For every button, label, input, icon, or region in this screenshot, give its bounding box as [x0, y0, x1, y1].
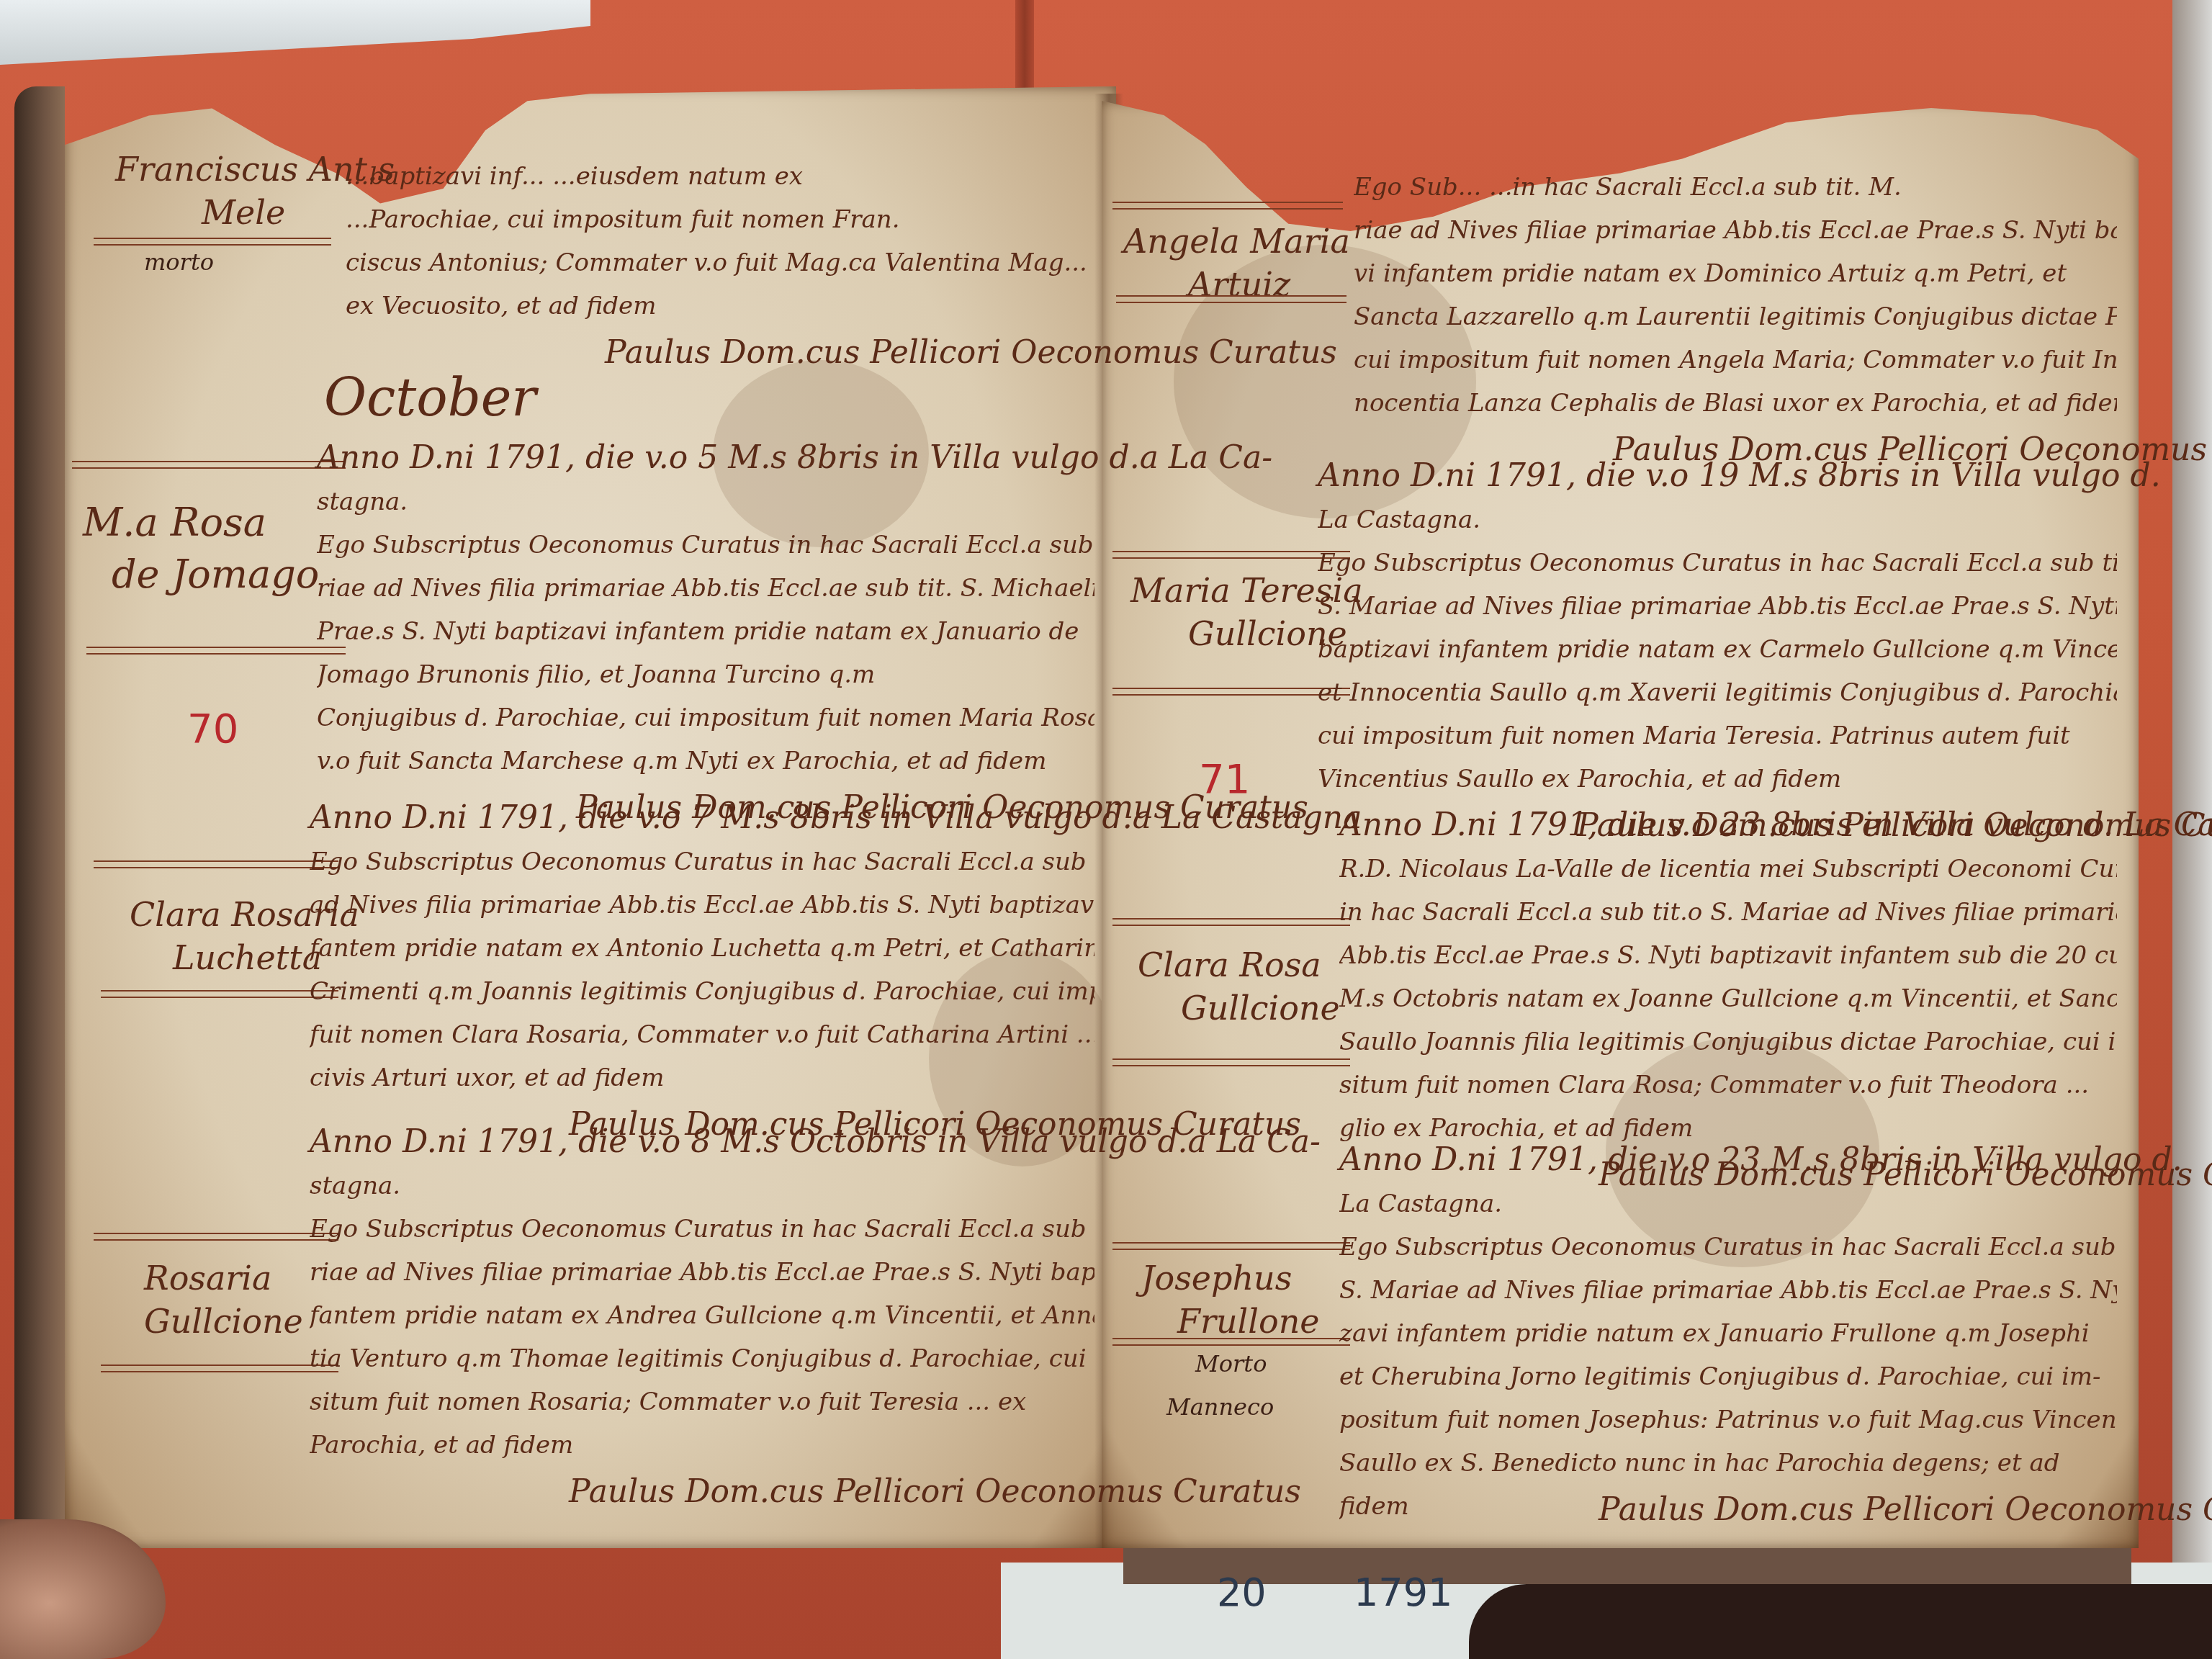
margin-name-line: Josephus [1141, 1256, 1320, 1300]
entry-line: fantem pridie natam ex Antonio Luchetta … [310, 927, 1094, 970]
margin-rule [72, 461, 346, 469]
margin-name-angela-maria: Angela Maria Artuiz [1123, 220, 1350, 306]
entry-line: vi infantem pridie natam ex Dominico Art… [1354, 252, 2117, 295]
entry-line: v.o fuit Sancta Marchese q.m Nyti ex Par… [317, 739, 1094, 783]
entry-header: Anno D.ni 1791, die v.o 23 8bris in Vill… [1339, 803, 2117, 848]
entry-line: cui impositum fuit nomen Angela Maria; C… [1354, 338, 2117, 382]
entry-line: et Innocentia Saullo q.m Xaverii legitim… [1318, 671, 2117, 714]
entry-line: situm fuit nomen Rosaria; Commater v.o f… [310, 1380, 1094, 1424]
entry-line: fantem pridie natam ex Andrea Gullcione … [310, 1294, 1094, 1337]
entry-header: Anno D.ni 1791, die v.o 5 M.s 8bris in V… [317, 436, 1094, 480]
margin-rule [94, 238, 331, 246]
entry-line: Ego Subscriptus Oeconomus Curatus in hac… [317, 523, 1094, 567]
entry-line: fuit nomen Clara Rosaria, Commater v.o f… [310, 1013, 1094, 1056]
entry-line: Parochia, et ad fidem [310, 1424, 1094, 1467]
entry-line: tia Venturo q.m Thomae legitimis Conjugi… [310, 1337, 1094, 1380]
margin-note-morto: morto [144, 248, 214, 276]
entry-line: Jomago Brunonis filio, et Joanna Turcino… [317, 653, 1094, 696]
entry-line: Sancta Lazzarello q.m Laurentii legitimi… [1354, 295, 2117, 338]
entry-header: Anno D.ni 1791, die v.o 23 M.s 8bris in … [1339, 1138, 2117, 1182]
entry-line: Prae.s S. Nyti baptizavi infantem pridie… [317, 610, 1094, 653]
margin-name-line: Frullone [1141, 1300, 1320, 1343]
entry-line: cui impositum fuit nomen Maria Teresia. … [1318, 714, 2117, 757]
entry-line: S. Mariae ad Nives filiae primariae Abb.… [1339, 1269, 2117, 1312]
margin-name-maria-rosa: M.a Rosa de Jomago [83, 497, 319, 601]
entry-line: Ego Subscriptus Oeconomus Curatus in hac… [310, 1208, 1094, 1251]
entry-line: stagna. [317, 480, 1094, 523]
margin-note-manneco: Manneco [1166, 1393, 1274, 1421]
book-bottom-edge [1123, 1548, 2131, 1584]
entry-line: R.D. Nicolaus La-Valle de licentia mei S… [1339, 848, 2117, 891]
entry-line: Ego Subscriptus Oeconomus Curatus in hac… [310, 840, 1094, 884]
entry-header: Anno D.ni 1791, die v.o 19 M.s 8bris in … [1318, 454, 2117, 498]
margin-rule [1116, 295, 1346, 303]
margin-name-line: Clara Rosa [1138, 943, 1340, 986]
entry-line: ad Nives filia primariae Abb.tis Eccl.ae… [310, 884, 1094, 927]
entry-line: ex Vecuosito, et ad fidem [346, 284, 1102, 328]
entry-line: ...baptizavi inf... ...eiusdem natum ex [346, 155, 1102, 198]
entry-header: Anno D.ni 1791, die v.o 8 M.s Octobris i… [310, 1120, 1094, 1164]
margin-note-morto: Morto [1195, 1350, 1267, 1377]
margin-rule [1112, 1338, 1350, 1346]
folio-number: 71 [1199, 756, 1250, 803]
margin-name-line: M.a Rosa [83, 497, 319, 549]
margin-rule [1112, 1242, 1350, 1250]
entry-line: M.s Octobris natam ex Joanne Gullcione q… [1339, 977, 2117, 1020]
entry-line: riae ad Nives filiae primariae Abb.tis E… [310, 1251, 1094, 1294]
entry-line: riae ad Nives filiae primariae Abb.tis E… [1354, 209, 2117, 252]
margin-rule [86, 647, 346, 655]
priest-signature: Paulus Dom.cus Pellicori Oeconomus Curat… [310, 1467, 1094, 1517]
entry-line: zavi infantem pridie natum ex Januario F… [1339, 1312, 2117, 1355]
month-heading: October [324, 367, 536, 428]
entry-line: Conjugibus d. Parochiae, cui impositum f… [317, 696, 1094, 739]
entry-line: Ego Subscriptus Oeconomus Curatus in hac… [1318, 541, 2117, 585]
entry-line: La Castagna. [1339, 1182, 2117, 1226]
baptism-entry: Anno D.ni 1791, die v.o 5 M.s 8bris in V… [317, 436, 1094, 833]
entry-line: La Castagna. [1318, 498, 2117, 541]
entry-line: situm fuit nomen Clara Rosa; Commater v.… [1339, 1064, 2117, 1107]
entry-line: Abb.tis Eccl.ae Prae.s S. Nyti baptizavi… [1339, 934, 2117, 977]
pencil-note: 20 [1217, 1570, 1267, 1615]
margin-rule [1112, 918, 1350, 926]
baptism-entry: Anno D.ni 1791, die v.o 8 M.s Octobris i… [310, 1120, 1094, 1517]
margin-name-josephus: Josephus Frullone [1141, 1256, 1320, 1343]
pencil-note: 1791 [1354, 1570, 1452, 1615]
book-spine-edge [14, 86, 65, 1541]
margin-rule [101, 1364, 338, 1372]
baptism-entry: Anno D.ni 1791, die v.o 7 M.s 8bris in V… [310, 796, 1094, 1150]
margin-name-clara-rosa: Clara Rosa Gullcione [1138, 943, 1340, 1030]
entry-fragment: ...baptizavi inf... ...eiusdem natum ex … [346, 155, 1102, 378]
margin-rule [1112, 688, 1350, 696]
entry-line: Ego Sub... ...in hac Sacrali Eccl.a sub … [1354, 166, 2117, 209]
margin-rule [94, 860, 338, 868]
entry-line: ciscus Antonius; Commater v.o fuit Mag.c… [346, 241, 1102, 284]
priest-signature: Paulus Dom.cus Pellicori Oeconomus Curat… [1339, 1485, 2117, 1535]
entry-line: baptizavi infantem pridie natam ex Carme… [1318, 628, 2117, 671]
finger-shadow [1469, 1584, 2212, 1659]
entry-line: civis Arturi uxor, et ad fidem [310, 1056, 1094, 1100]
margin-name-line: Rosaria [144, 1256, 303, 1300]
baptism-entry: Anno D.ni 1791, die v.o 23 M.s 8bris in … [1339, 1138, 2117, 1535]
entry-header: Anno D.ni 1791, die v.o 7 M.s 8bris in V… [310, 796, 1094, 840]
margin-rule [1112, 551, 1350, 559]
entry-line: Crimenti q.m Joannis legitimis Conjugibu… [310, 970, 1094, 1013]
baptism-entry: Anno D.ni 1791, die v.o 19 M.s 8bris in … [1318, 454, 2117, 851]
entry-line: nocentia Lanza Cephalis de Blasi uxor ex… [1354, 382, 2117, 425]
folio-number: 70 [187, 706, 238, 752]
margin-rule [1112, 202, 1343, 210]
entry-line: Saullo ex S. Benedicto nunc in hac Paroc… [1339, 1442, 2117, 1485]
margin-name-line: de Jomago [83, 549, 319, 601]
entry-line: Ego Subscriptus Oeconomus Curatus in hac… [1339, 1226, 2117, 1269]
margin-rule [94, 1233, 338, 1241]
entry-line: et Cherubina Jorno legitimis Conjugibus … [1339, 1355, 2117, 1398]
margin-name-line: Gullcione [144, 1300, 303, 1343]
margin-name-line: Angela Maria [1123, 220, 1350, 263]
entry-line: in hac Sacrali Eccl.a sub tit.o S. Maria… [1339, 891, 2117, 934]
entry-line: riae ad Nives filia primariae Abb.tis Ec… [317, 567, 1094, 610]
entry-line: ...Parochiae, cui impositum fuit nomen F… [346, 198, 1102, 241]
entry-line: S. Mariae ad Nives filiae primariae Abb.… [1318, 585, 2117, 628]
entry-line: stagna. [310, 1164, 1094, 1208]
margin-rule [101, 990, 338, 998]
entry-line: positum fuit nomen Josephus: Patrinus v.… [1339, 1398, 2117, 1442]
margin-name-line: Gullcione [1138, 986, 1340, 1030]
baptism-entry: Ego Sub... ...in hac Sacrali Eccl.a sub … [1354, 166, 2117, 475]
entry-line: Vincentius Saullo ex Parochia, et ad fid… [1318, 757, 2117, 801]
margin-name-rosaria: Rosaria Gullcione [144, 1256, 303, 1343]
margin-rule [1112, 1058, 1350, 1066]
entry-line: Saullo Joannis filia legitimis Conjugibu… [1339, 1020, 2117, 1064]
